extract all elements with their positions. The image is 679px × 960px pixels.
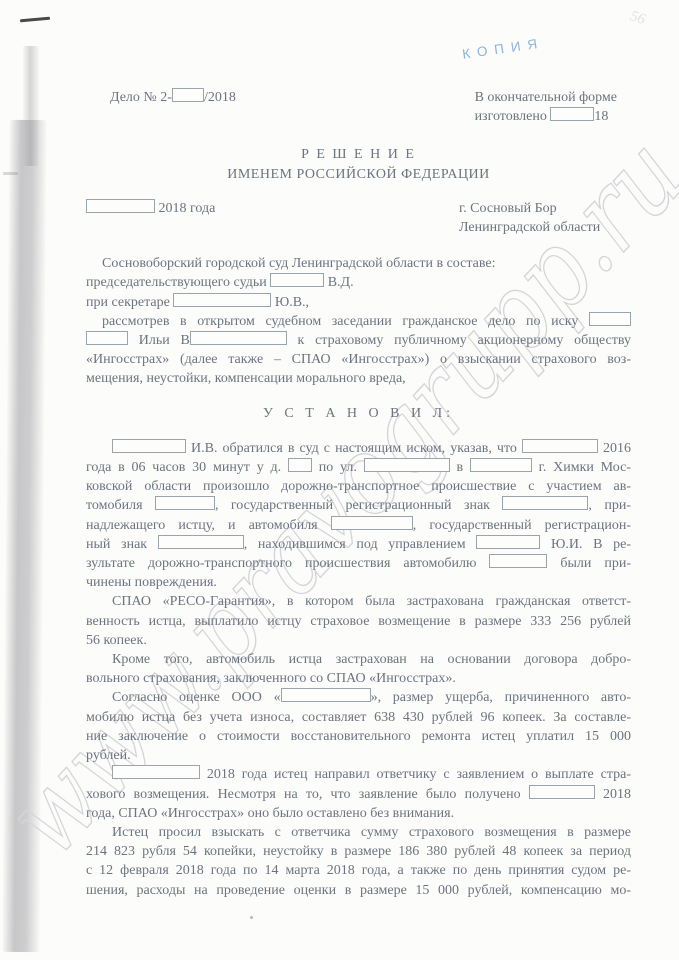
text-line: председательствующего судьи В.Д. [86, 273, 631, 292]
text-segment: хового возмещения. Несмотря на то, что з… [86, 787, 529, 802]
text-segment: надлежащего истцу, и автомобиля [86, 518, 331, 533]
text-segment: года, СПАО «Ингосстрах» оно было оставле… [86, 806, 454, 821]
text-segment: ковской области произошло дорожно-трансп… [86, 479, 631, 494]
text-line: ние заключение о стоимости восстановител… [86, 727, 631, 746]
decision-title-block: Р Е Ш Е Н И Е ИМЕНЕМ РОССИЙСКОЙ ФЕДЕРАЦИ… [86, 145, 631, 183]
redaction-box [550, 107, 594, 121]
text-line: Сосновоборский городской суд Ленинградск… [86, 254, 631, 273]
redaction-box [476, 535, 540, 549]
text-segment: г. Химки Мос- [532, 460, 631, 475]
text-line: мобилю истца без учета износа, составляе… [86, 708, 631, 727]
redaction-box [288, 458, 312, 472]
text-line: «Ингосстрах» (далее также – СПАО «Ингосс… [86, 350, 631, 369]
redaction-box [364, 458, 450, 472]
redaction-box [172, 88, 204, 102]
redaction-box [529, 785, 595, 799]
redaction-box [86, 331, 128, 345]
text-segment: Дело № 2- [110, 90, 172, 105]
text-segment: изготовлено [475, 109, 551, 124]
text-segment: вольного страхования, заключенного со СП… [86, 671, 456, 686]
pencil-corner-mark: 56 [628, 8, 648, 29]
text-segment: рассмотрев в открытом судебном заседании… [102, 314, 589, 329]
text-segment: Согласно оценке ООО « [112, 690, 281, 705]
redaction-box [502, 496, 588, 510]
text-segment: зультате дорожно-транспортного происшест… [86, 556, 489, 571]
text-line: томобиля , государственный регистрационн… [86, 496, 631, 515]
redaction-box [112, 439, 186, 453]
text-segment: Ильи В [128, 333, 190, 348]
text-line: 214 823 рубля 54 копейки, неустойку в ра… [86, 842, 631, 861]
copy-stamp: КОПИЯ [461, 35, 545, 61]
place-line1: г. Сосновый Бор [459, 199, 619, 218]
final-form-line2: изготовлено 18 [475, 107, 617, 126]
text-line: при секретаре Ю.В., [86, 293, 631, 312]
text-line: Кроме того, автомобиль истца застрахован… [86, 650, 631, 669]
text-segment: мещения, неустойки, компенсации морально… [86, 371, 406, 386]
text-line: 56 копеек. [86, 631, 631, 650]
text-line: Истец просил взыскать с ответчика сумму … [86, 823, 631, 842]
case-number-line: Дело № 2-/2018 [110, 88, 236, 107]
text-line: хового возмещения. Несмотря на то, что з… [86, 785, 631, 804]
redaction-box [112, 765, 200, 779]
scan-edge-shadow [2, 120, 46, 952]
header-row: Дело № 2-/2018 В окончательной форме изг… [86, 88, 631, 126]
place-line2: Ленинградской области [459, 218, 619, 237]
redaction-box [589, 312, 631, 326]
redaction-box [155, 496, 215, 510]
text-segment: Ю.И. В ре- [540, 537, 631, 552]
text-segment: чинены повреждения. [86, 575, 217, 590]
text-segment: рублей. [86, 748, 131, 763]
text-segment: томобиля [86, 498, 155, 513]
text-line: года в 06 часов 30 минут у д. по ул. в г… [86, 458, 631, 477]
text-segment: 2018 года истец направил ответчику с зая… [200, 767, 631, 782]
scan-edge-mark [3, 172, 18, 175]
text-segment: ный знак [86, 537, 158, 552]
text-segment: 2018 [595, 787, 631, 802]
text-line: ковской области произошло дорожно-трансп… [86, 477, 631, 496]
text-segment: мобилю истца без учета износа, составляе… [86, 710, 631, 725]
text-segment: с 12 февраля 2018 года по 14 марта 2018 … [86, 863, 631, 878]
text-segment: И.В. обратился в суд с настоящим иском, … [186, 441, 522, 456]
text-segment: венность истца, выплатило истцу страхово… [86, 614, 631, 629]
text-segment: к страховому публичному акционерному общ… [287, 333, 631, 348]
text-segment: 18 [594, 109, 608, 124]
decision-text-paragraphs: И.В. обратился в суд с настоящим иском, … [86, 439, 631, 900]
decision-title: Р Е Ш Е Н И Е [86, 145, 631, 164]
text-segment: , при- [588, 498, 631, 513]
text-line: вольного страхования, заключенного со СП… [86, 669, 631, 688]
decision-date-line: 2018 года [86, 199, 215, 237]
redaction-box [173, 293, 271, 307]
text-line: рассмотрев в открытом судебном заседании… [86, 312, 631, 331]
text-segment: 56 копеек. [86, 633, 147, 648]
text-segment: Истец просил взыскать с ответчика сумму … [112, 825, 631, 840]
document-body: Дело № 2-/2018 В окончательной форме изг… [86, 88, 631, 900]
text-line: надлежащего истцу, и автомобиля , госуда… [86, 516, 631, 535]
text-segment: 2018 года [155, 201, 215, 216]
scan-speck [250, 916, 253, 919]
decision-subtitle: ИМЕНЕМ РОССИЙСКОЙ ФЕДЕРАЦИИ [86, 165, 631, 184]
text-line: 2018 года истец направил ответчику с зая… [86, 765, 631, 784]
final-form-block: В окончательной форме изготовлено 18 [475, 88, 631, 126]
text-line: Согласно оценке ООО «», размер ущерба, п… [86, 688, 631, 707]
text-segment: председательствующего судьи [86, 275, 270, 290]
established-heading: У С Т А Н О В И Л: [86, 404, 631, 423]
scan-edge-dash [20, 17, 50, 23]
text-segment: «Ингосстрах» (далее также – СПАО «Ингосс… [86, 352, 631, 367]
text-line: венность истца, выплатило истцу страхово… [86, 612, 631, 631]
text-line: И.В. обратился в суд с настоящим иском, … [86, 439, 631, 458]
text-segment: 214 823 рубля 54 копейки, неустойку в ра… [86, 844, 631, 859]
final-form-line1: В окончательной форме [475, 88, 617, 107]
redaction-box [190, 331, 287, 345]
text-segment: В.Д. [324, 275, 353, 290]
text-line: шения, расходы на проведение оценки в ра… [86, 881, 631, 900]
redaction-box [86, 199, 155, 213]
text-segment: 2016 [598, 441, 631, 456]
text-segment: , государственный регистрационный знак [215, 498, 502, 513]
redaction-box [331, 516, 413, 530]
redaction-box [489, 554, 547, 568]
text-segment: Сосновоборский городской суд Ленинградск… [102, 256, 496, 271]
text-line: с 12 февраля 2018 года по 14 марта 2018 … [86, 861, 631, 880]
redaction-box [158, 535, 244, 549]
place-block: г. Сосновый Бор Ленинградской области [459, 199, 619, 237]
text-segment: в [450, 460, 470, 475]
text-line: СПАО «РЕСО-Гарантия», в котором была зас… [86, 592, 631, 611]
text-segment: /2018 [204, 90, 236, 105]
redaction-box [270, 273, 324, 287]
text-segment: года в 06 часов 30 минут у д. [86, 460, 288, 475]
text-segment: СПАО «РЕСО-Гарантия», в котором была зас… [112, 594, 631, 609]
text-line: чинены повреждения. [86, 573, 631, 592]
text-segment: при секретаре [86, 295, 173, 310]
redaction-box [522, 439, 598, 453]
text-segment: Ю.В., [271, 295, 309, 310]
date-place-row: 2018 года г. Сосновый Бор Ленинградской … [86, 199, 631, 237]
text-line: ный знак , находившимся под управлением … [86, 535, 631, 554]
text-line: Ильи В к страховому публичному акционерн… [86, 331, 631, 350]
text-segment: ние заключение о стоимости восстановител… [86, 729, 631, 744]
text-segment: », размер ущерба, причиненного авто- [371, 690, 631, 705]
court-composition-paragraphs: Сосновоборский городской суд Ленинградск… [86, 254, 631, 388]
text-line: зультате дорожно-транспортного происшест… [86, 554, 631, 573]
text-segment: по ул. [312, 460, 364, 475]
text-segment: Кроме того, автомобиль истца застрахован… [112, 652, 631, 667]
text-segment: были при- [547, 556, 631, 571]
text-line: рублей. [86, 746, 631, 765]
text-line: мещения, неустойки, компенсации морально… [86, 369, 631, 388]
scanned-court-decision-page: www.pravogrupp.ru КОПИЯ 56 Дело № 2-/201… [0, 0, 679, 960]
text-segment: шения, расходы на проведение оценки в ра… [86, 883, 631, 898]
text-segment: , находившимся под управлением [244, 537, 477, 552]
text-segment: , государственный регистрацион- [413, 518, 631, 533]
text-line: года, СПАО «Ингосстрах» оно было оставле… [86, 804, 631, 823]
redaction-box [470, 458, 532, 472]
redaction-box [281, 688, 371, 702]
